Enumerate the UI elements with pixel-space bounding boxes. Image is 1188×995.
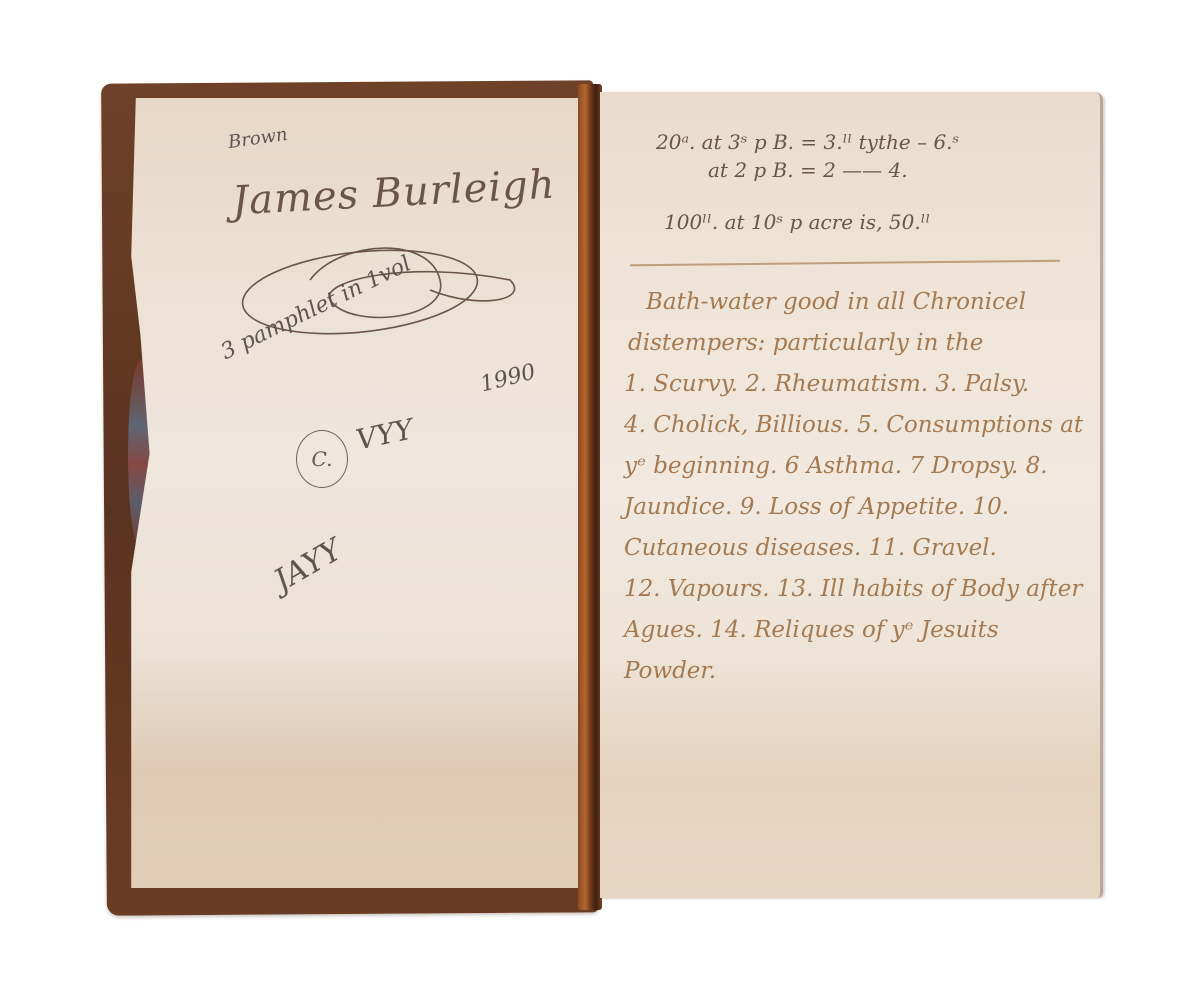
note-line: 12. Vapours. 13. Ill habits of Body afte…	[624, 569, 1094, 610]
open-book: Brown James Burleigh 3 pamphlet in 1vol …	[0, 0, 1188, 995]
note-line: Agues. 14. Reliques of yᵉ Jesuits	[624, 610, 1094, 651]
note-line: 4. Cholick, Billious. 5. Consumptions at	[624, 405, 1094, 446]
circled-code: C.	[296, 430, 348, 488]
book-spine-gutter	[578, 84, 602, 910]
circled-code-text: C.	[312, 447, 333, 471]
note-line: Jaundice. 9. Loss of Appetite. 10.	[624, 487, 1094, 528]
note-line: Powder.	[624, 651, 1094, 692]
note-line: yᵉ beginning. 6 Asthma. 7 Dropsy. 8.	[624, 446, 1094, 487]
note-line: Cutaneous diseases. 11. Gravel.	[624, 528, 1094, 569]
bath-water-notes: Bath-water good in all Chronicel distemp…	[624, 282, 1094, 692]
note-line: 1. Scurvy. 2. Rheumatism. 3. Palsy.	[624, 364, 1094, 405]
calculation-line-2: at 2 p B. = 2 —— 4.	[708, 158, 908, 182]
calculation-line-1: 20ᵃ. at 3ˢ p B. = 3.ˡˡ tythe – 6.ˢ	[656, 130, 959, 154]
note-line: distempers: particularly in the	[624, 323, 1094, 364]
calculation-line-3: 100ˡˡ. at 10ˢ p acre is, 50.ˡˡ	[664, 210, 930, 234]
note-line: Bath-water good in all Chronicel	[624, 282, 1094, 323]
